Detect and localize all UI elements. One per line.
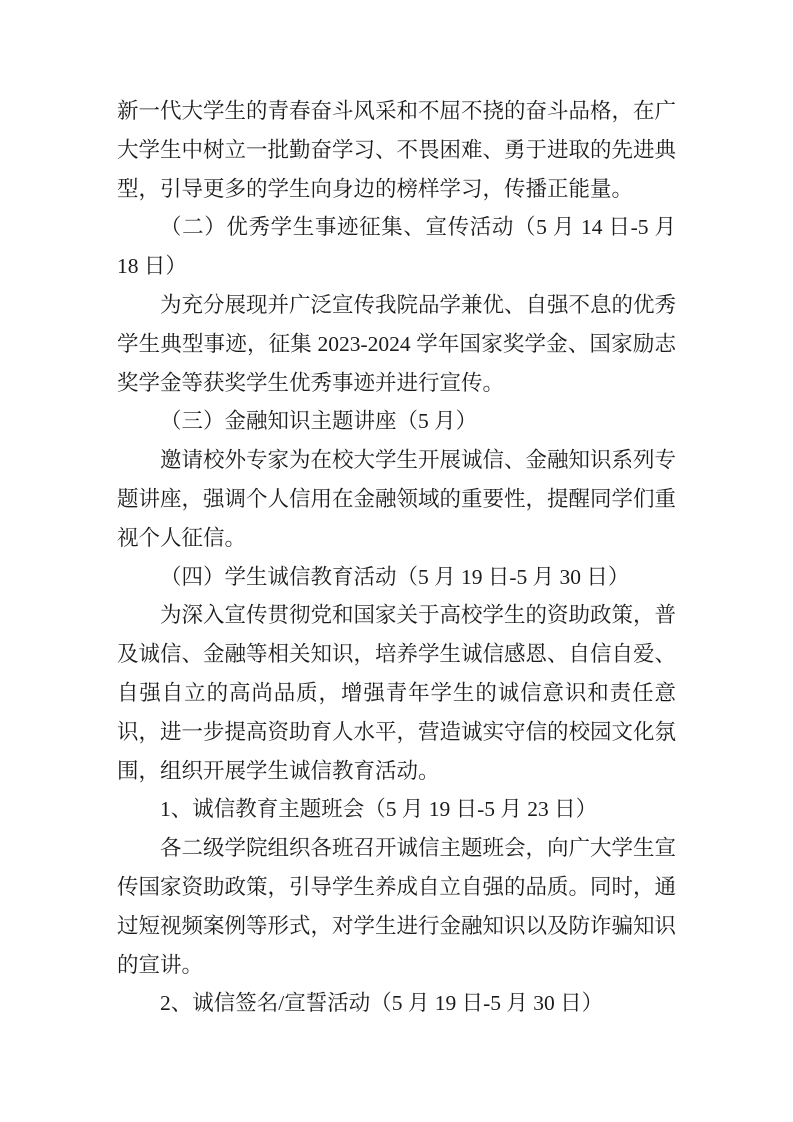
document-page: 新一代大学生的青春奋斗风采和不屈不挠的奋斗品格，在广大学生中树立一批勤奋学习、不… <box>0 0 793 1122</box>
paragraph: 邀请校外专家为在校大学生开展诚信、金融知识系列专题讲座，强调个人信用在金融领域的… <box>117 441 676 557</box>
document-body: 新一代大学生的青春奋斗风采和不屈不挠的奋斗品格，在广大学生中树立一批勤奋学习、不… <box>117 92 676 1023</box>
section-heading: （二）优秀学生事迹征集、宣传活动（5 月 14 日-5 月 18 日） <box>117 208 676 286</box>
paragraph: 为深入宣传贯彻党和国家关于高校学生的资助政策，普及诚信、金融等相关知识，培养学生… <box>117 596 676 790</box>
sub-item-heading: 1、诚信教育主题班会（5 月 19 日-5 月 23 日） <box>117 790 676 829</box>
paragraph: 各二级学院组织各班召开诚信主题班会，向广大学生宣传国家资助政策，引导学生养成自立… <box>117 829 676 984</box>
section-heading: （四）学生诚信教育活动（5 月 19 日-5 月 30 日） <box>117 558 676 597</box>
paragraph-continuation: 新一代大学生的青春奋斗风采和不屈不挠的奋斗品格，在广大学生中树立一批勤奋学习、不… <box>117 92 676 208</box>
sub-item-heading: 2、诚信签名/宣誓活动（5 月 19 日-5 月 30 日） <box>117 984 676 1023</box>
section-heading: （三）金融知识主题讲座（5 月） <box>117 402 676 441</box>
paragraph: 为充分展现并广泛宣传我院品学兼优、自强不息的优秀学生典型事迹，征集 2023-2… <box>117 286 676 402</box>
